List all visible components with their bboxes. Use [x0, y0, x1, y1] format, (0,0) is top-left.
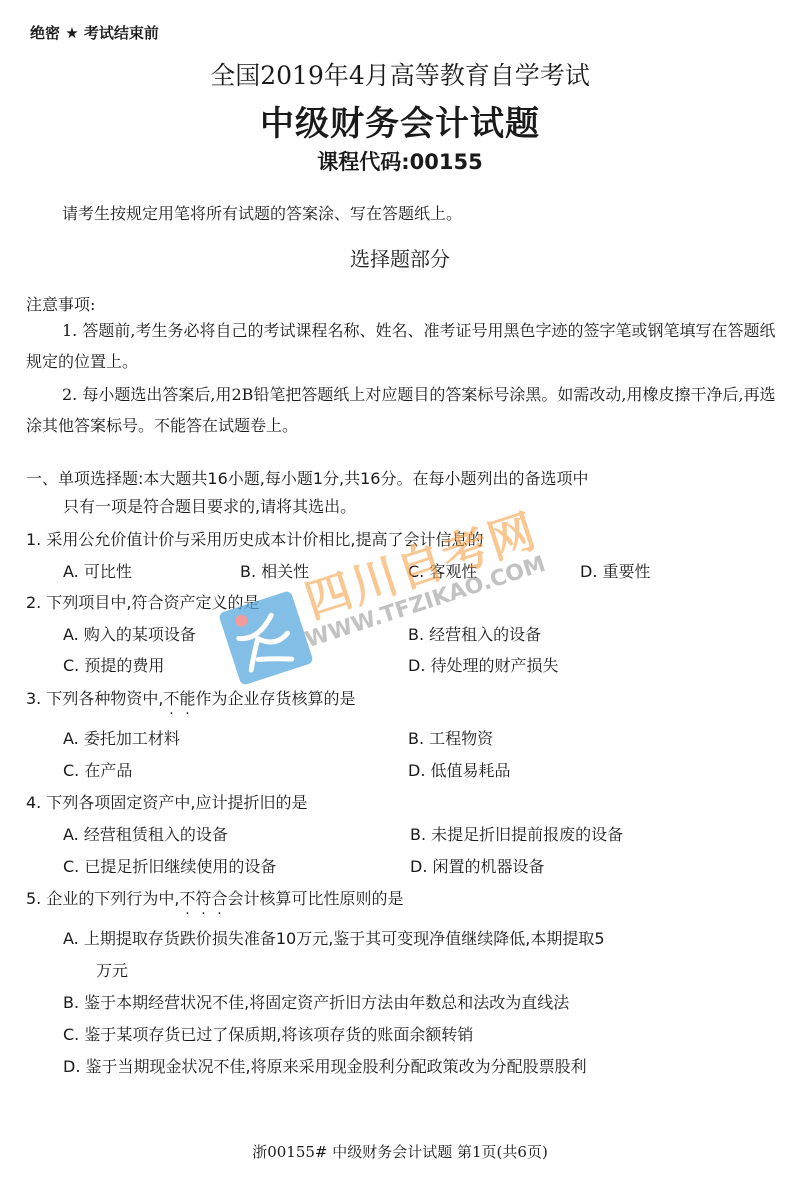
notes-heading: 注意事项: — [26, 292, 95, 315]
q1-option-c: C. 客观性 — [408, 559, 477, 582]
question-4-stem: 4. 下列各项固定资产中,应计提折旧的是 — [26, 790, 307, 813]
note-item: 2. 每小题选出答案后,用2B铅笔把答题纸上对应题目的答案标号涂黑。如需改动,用… — [26, 379, 776, 441]
q5-option-b: B. 鉴于本期经营状况不佳,将固定资产折旧方法由年数总和法改为直线法 — [63, 990, 569, 1013]
watermark-logo-dot — [234, 613, 249, 628]
q2-option-b: B. 经营租入的设备 — [408, 622, 541, 645]
emphasis-char: 不 — [163, 689, 179, 708]
q5-option-a-cont: 万元 — [96, 958, 128, 981]
q5-stem-prefix: 5. 企业的下列行为中, — [26, 889, 179, 908]
q1-option-b: B. 相关性 — [240, 559, 309, 582]
part-one-heading-cont: 只有一项是符合题目要求的,请将其选出。 — [63, 494, 356, 517]
q4-option-d: D. 闲置的机器设备 — [410, 854, 545, 877]
exam-title: 全国2019年4月高等教育自学考试 — [0, 56, 800, 92]
confidential-label: 绝密 ★ 考试结束前 — [30, 22, 159, 43]
q3-stem-prefix: 3. 下列各种物资中, — [26, 689, 163, 708]
question-2-stem: 2. 下列项目中,符合资产定义的是 — [26, 590, 259, 613]
q2-option-c: C. 预提的费用 — [63, 653, 164, 676]
q4-option-b: B. 未提足折旧提前报废的设备 — [410, 822, 623, 845]
q5-option-c: C. 鉴于某项存货已过了保质期,将该项存货的账面余额转销 — [63, 1022, 473, 1045]
q1-option-d: D. 重要性 — [580, 559, 651, 582]
q5-option-d: D. 鉴于当期现金状况不佳,将原来采用现金股利分配政策改为分配股票股利 — [63, 1054, 587, 1077]
q2-option-d: D. 待处理的财产损失 — [408, 653, 559, 676]
q4-option-a: A. 经营租赁租入的设备 — [63, 822, 228, 845]
page-footer: 浙00155# 中级财务会计试题 第1页(共6页) — [0, 1141, 800, 1162]
q1-option-a: A. 可比性 — [63, 559, 132, 582]
question-1-stem: 1. 采用公允价值计价与采用历史成本计价相比,提高了会计信息的 — [26, 527, 483, 550]
part-one-heading: 一、单项选择题:本大题共16小题,每小题1分,共16分。在每小题列出的备选项中 — [26, 466, 588, 489]
course-code: 课程代码:00155 — [0, 146, 800, 176]
paper-title: 中级财务会计试题 — [0, 96, 800, 145]
general-instruction: 请考生按规定用笔将所有试题的答案涂、写在答题纸上。 — [62, 201, 462, 224]
q3-option-b: B. 工程物资 — [408, 726, 493, 749]
emphasis-char: 不 — [179, 889, 195, 908]
question-5-stem: 5. 企业的下列行为中,不符合会计核算可比性原则的是 — [26, 886, 404, 909]
section-title: 选择题部分 — [0, 243, 800, 272]
question-3-stem: 3. 下列各种物资中,不能作为企业存货核算的是 — [26, 686, 356, 709]
emphasis-char: 符 — [195, 889, 211, 908]
q5-stem-suffix: 会计核算可比性原则的是 — [228, 889, 404, 908]
q3-stem-suffix: 作为企业存货核算的是 — [195, 689, 355, 708]
emphasis-char: 能 — [179, 689, 195, 708]
emphasis-char: 合 — [211, 889, 227, 908]
q3-option-d: D. 低值易耗品 — [408, 758, 511, 781]
q3-option-a: A. 委托加工材料 — [63, 726, 180, 749]
q3-option-c: C. 在产品 — [63, 758, 132, 781]
q4-option-c: C. 已提足折旧继续使用的设备 — [63, 854, 276, 877]
note-item: 1. 答题前,考生务必将自己的考试课程名称、姓名、准考证号用黑色字迹的签字笔或钢… — [26, 315, 776, 377]
q5-option-a: A. 上期提取存货跌价损失准备10万元,鉴于其可变现净值继续降低,本期提取5 — [63, 926, 605, 949]
q2-option-a: A. 购入的某项设备 — [63, 622, 196, 645]
